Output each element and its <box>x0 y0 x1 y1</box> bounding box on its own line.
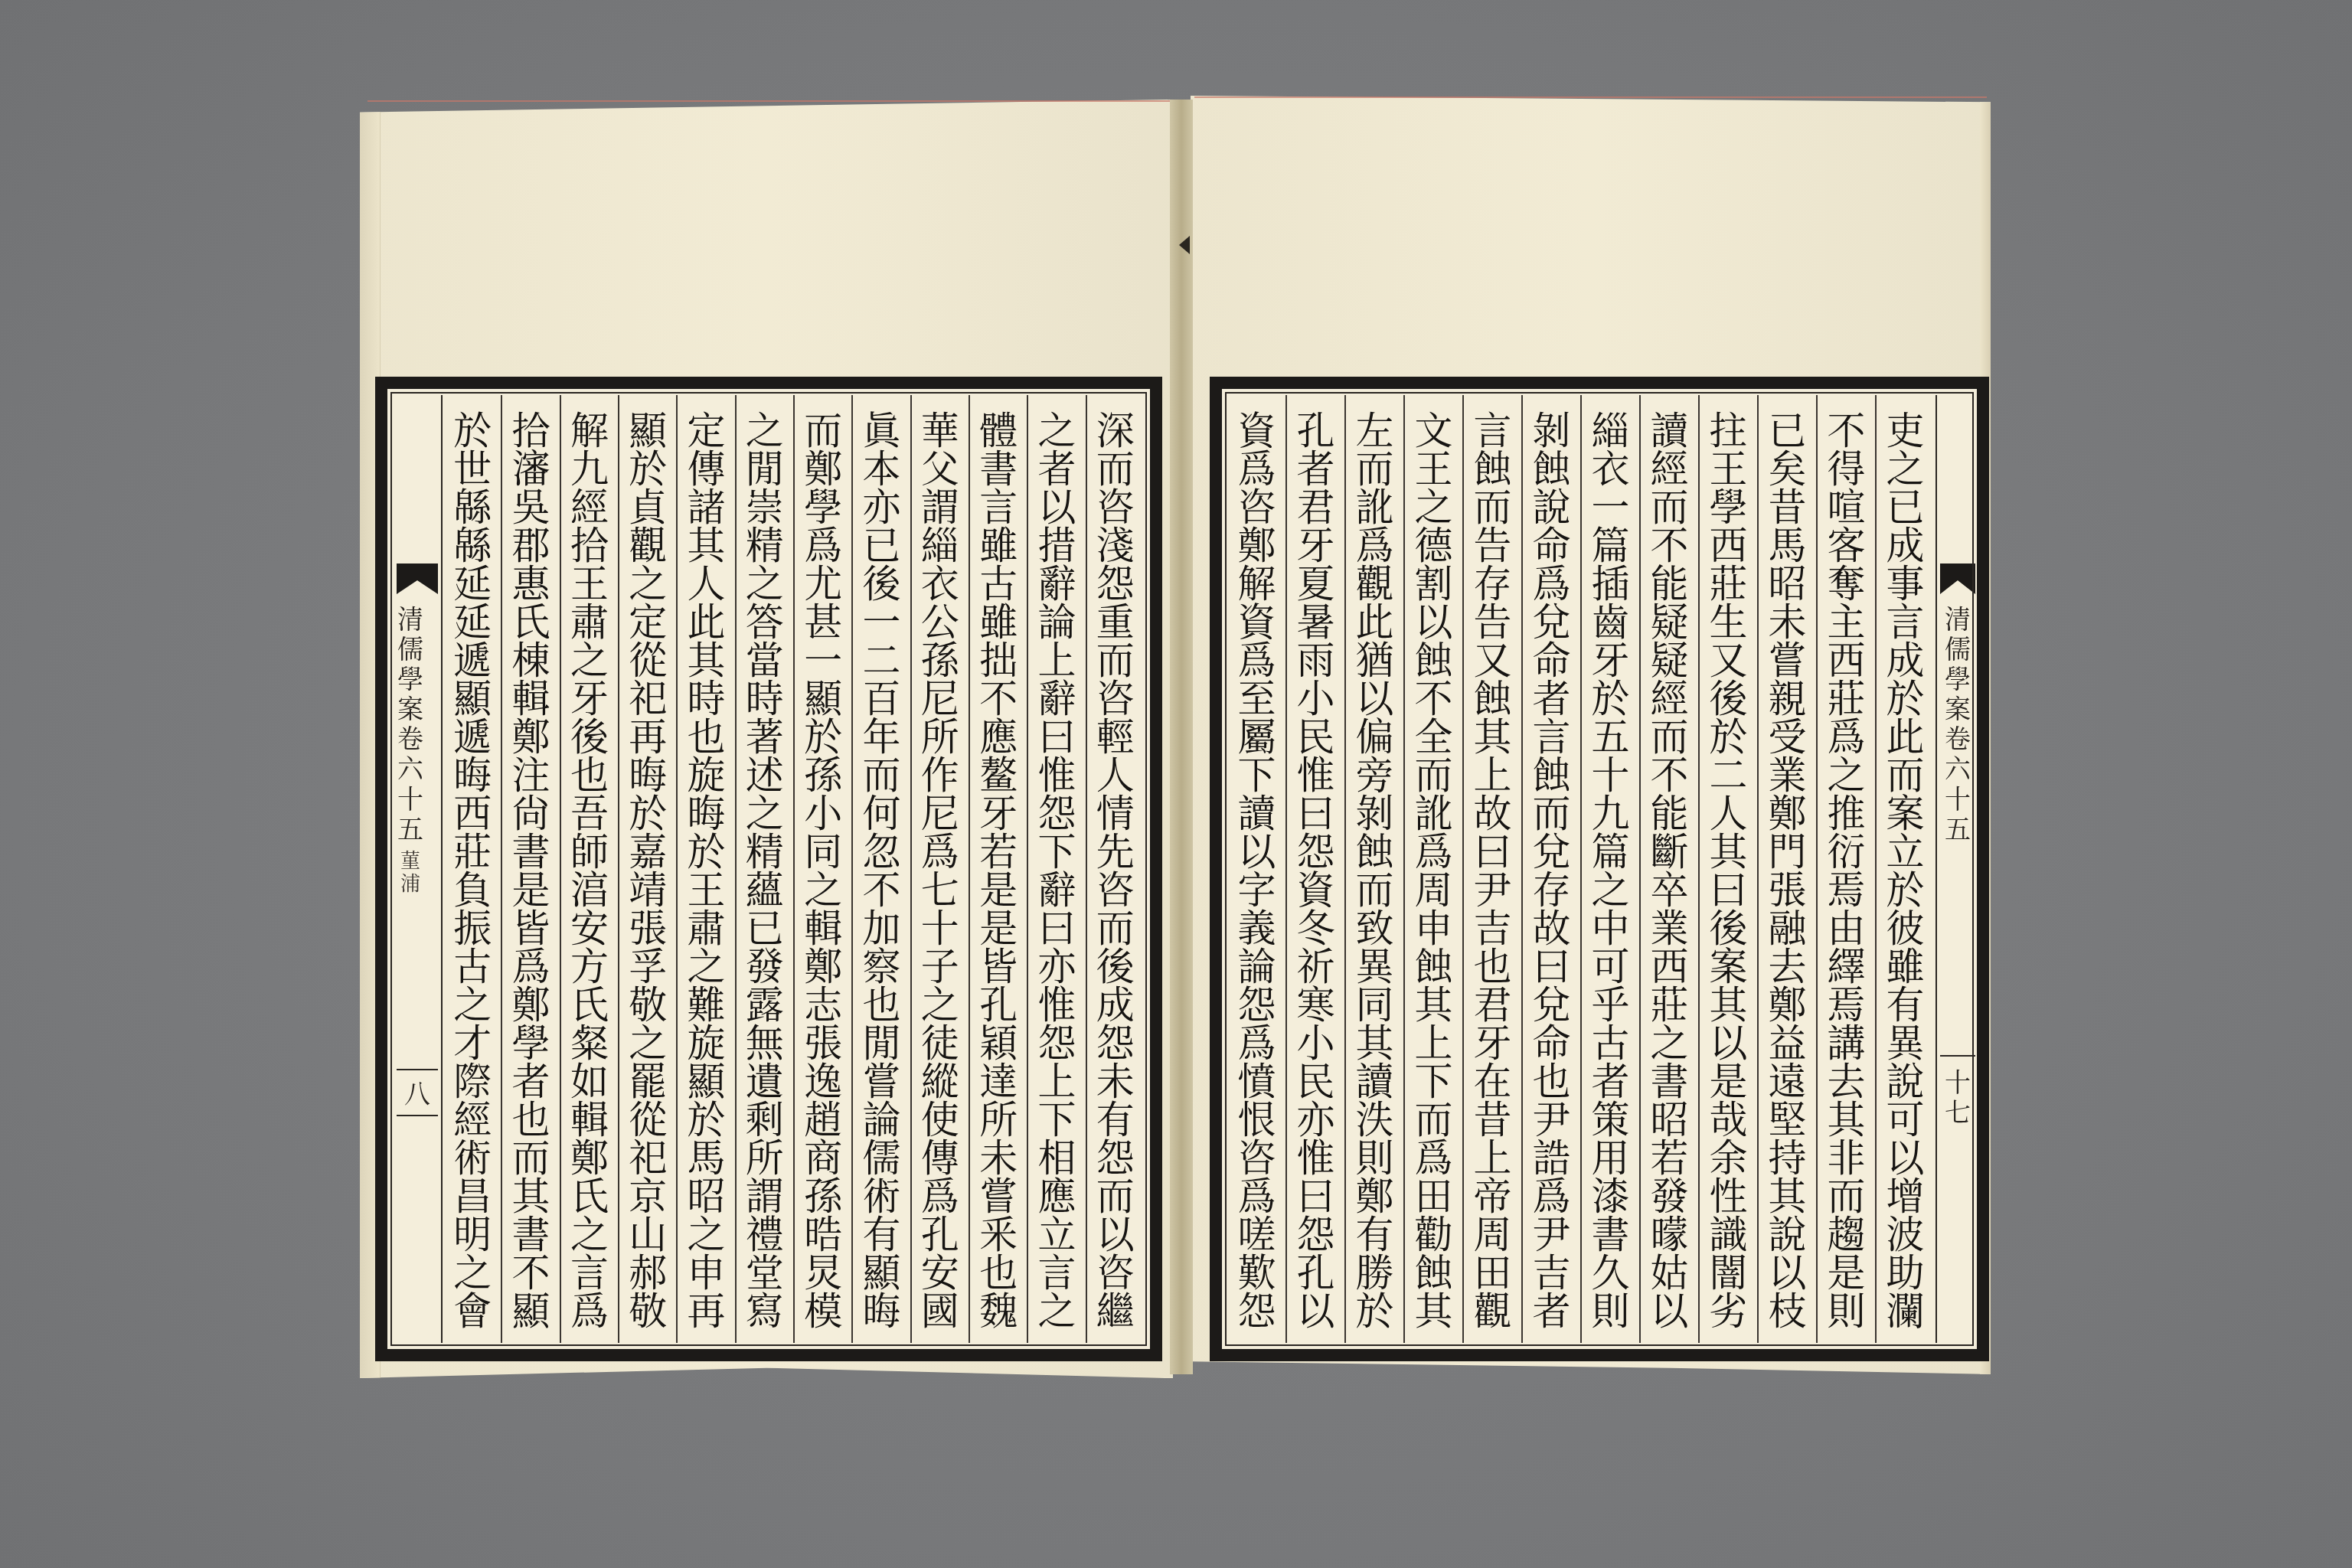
character: 以 <box>1706 1024 1752 1063</box>
character: 則 <box>1352 1139 1398 1178</box>
character: 作 <box>917 756 963 795</box>
character: 辭 <box>1034 871 1080 910</box>
character: 存 <box>1529 871 1575 910</box>
character: 曰 <box>1034 910 1080 948</box>
character: 事 <box>1883 565 1929 603</box>
character: 昭 <box>1647 1101 1693 1139</box>
character: 而 <box>508 1139 554 1178</box>
character: 是 <box>1706 1063 1752 1101</box>
character: 若 <box>975 833 1021 871</box>
character: 再 <box>625 718 671 756</box>
character: 由 <box>1824 910 1870 948</box>
character: 遠 <box>1765 1063 1811 1101</box>
text-column: 顯於貞觀之定從祀再晦於嘉靖張孚敬之罷從祀京山郝敬 <box>618 395 676 1343</box>
character: 立 <box>1034 1216 1080 1254</box>
character: 晧 <box>800 1216 846 1254</box>
character: 逸 <box>800 1063 846 1101</box>
character: 於 <box>1352 1292 1398 1331</box>
character: 不 <box>1647 756 1693 795</box>
text-column: 之者以措辭論上辭曰惟怨下辭曰亦惟怨上下相應立言之 <box>1027 395 1085 1343</box>
character: 焉 <box>1824 871 1870 910</box>
character: 顯 <box>859 1254 905 1292</box>
character: 篇 <box>1588 833 1634 871</box>
banxin-character: 案 <box>1945 695 1971 725</box>
left-banxin-title: 清儒學案卷六十五 <box>394 606 441 845</box>
character: 晦 <box>859 1292 905 1331</box>
character: 雨 <box>1293 642 1339 680</box>
character: 莊 <box>1706 565 1752 603</box>
character: 輕 <box>1093 718 1138 756</box>
character: 爲 <box>1411 833 1457 871</box>
character: 而 <box>1647 718 1693 756</box>
text-column: 不得喧客奪主西莊爲之推衍焉由繹焉講去其非而趨是則 <box>1816 395 1875 1343</box>
character: 顯 <box>508 1292 554 1331</box>
character: 下 <box>1034 833 1080 871</box>
banxin-character: 菫 <box>400 851 420 874</box>
character: 牙 <box>975 795 1021 833</box>
character: 劣 <box>1706 1292 1752 1331</box>
character: 一 <box>800 642 846 680</box>
character: 孔 <box>917 1216 963 1254</box>
banxin-character: 五 <box>1945 815 1971 845</box>
character: 德 <box>1411 527 1457 565</box>
character: 曰 <box>1470 833 1516 871</box>
character: 可 <box>1588 948 1634 986</box>
character: 鄭 <box>1765 986 1811 1024</box>
character: 益 <box>1765 1024 1811 1063</box>
character: 之 <box>917 986 963 1024</box>
character: 曚 <box>1647 1216 1693 1254</box>
character: 斷 <box>1647 833 1693 871</box>
character: 屬 <box>1234 718 1280 756</box>
character: 察 <box>859 948 905 986</box>
character: 成 <box>1883 527 1929 565</box>
character: 延 <box>449 603 495 642</box>
character: 下 <box>1234 756 1280 795</box>
left-banxin-author: 菫浦 <box>394 851 441 897</box>
character: 客 <box>1824 527 1870 565</box>
character: 趨 <box>1824 1216 1870 1254</box>
banxin-character: 十 <box>397 786 423 815</box>
character: 京 <box>625 1178 671 1216</box>
character: 寒 <box>1293 986 1339 1024</box>
character: 蝕 <box>1352 833 1398 871</box>
character: 有 <box>1093 1101 1138 1139</box>
character: 怨 <box>1034 1024 1080 1063</box>
banxin-character: 學 <box>1945 665 1971 695</box>
character: 是 <box>1824 1254 1870 1292</box>
character: 緇 <box>917 527 963 565</box>
character: 誥 <box>1529 1139 1575 1178</box>
character: 有 <box>859 1216 905 1254</box>
banxin-character: 學 <box>397 665 423 695</box>
character: 而 <box>859 756 905 795</box>
character: 閒 <box>859 1024 905 1063</box>
character: 旁 <box>1352 756 1398 795</box>
character: 猶 <box>1352 642 1398 680</box>
character: 不 <box>859 871 905 910</box>
character: 未 <box>1093 1063 1138 1101</box>
character: 讀 <box>1352 1063 1398 1101</box>
character: 之 <box>742 795 788 833</box>
character: 從 <box>625 1101 671 1139</box>
character: 人 <box>684 565 730 603</box>
character: 申 <box>684 1254 730 1292</box>
character: 蝕 <box>1411 948 1457 986</box>
character: 謂 <box>742 1178 788 1216</box>
banxin-character: 十 <box>1945 786 1971 815</box>
character: 王 <box>567 565 612 603</box>
character: 寫 <box>742 1292 788 1331</box>
character: 西 <box>449 795 495 833</box>
character: 以 <box>1352 680 1398 718</box>
character: 瀾 <box>1883 1292 1929 1331</box>
character: 深 <box>1093 412 1138 450</box>
character: 謂 <box>917 488 963 527</box>
character: 體 <box>975 412 1021 450</box>
banxin-divider <box>397 1069 438 1070</box>
character: 雖 <box>1883 948 1929 986</box>
character: 插 <box>1588 565 1634 603</box>
character: 說 <box>1529 488 1575 527</box>
character: 論 <box>1034 603 1080 642</box>
character: 而 <box>1093 642 1138 680</box>
character: 其 <box>1470 718 1516 756</box>
character: 明 <box>449 1216 495 1254</box>
character: 輯 <box>508 680 554 718</box>
character: 經 <box>1647 680 1693 718</box>
character: 惟 <box>1293 1139 1339 1178</box>
character: 於 <box>1883 871 1929 910</box>
character: 時 <box>684 680 730 718</box>
character: 靖 <box>625 871 671 910</box>
character: 書 <box>975 450 1021 488</box>
character: 此 <box>684 603 730 642</box>
character: 閒 <box>742 450 788 488</box>
character: 篇 <box>1588 527 1634 565</box>
text-column: 體書言雖古雖拙不應鳌牙若是是皆孔穎達所未嘗釆也魏 <box>969 395 1027 1343</box>
character: 延 <box>449 565 495 603</box>
character: 其 <box>1411 1292 1457 1331</box>
character: 疑 <box>1647 603 1693 642</box>
character: 爲 <box>1234 1178 1280 1216</box>
character: 蝕 <box>1411 642 1457 680</box>
character: 闇 <box>1706 1254 1752 1292</box>
character: 已 <box>1765 412 1811 450</box>
right-page-top-edge <box>1194 96 1987 98</box>
banxin-character: 儒 <box>1945 635 1971 665</box>
character: 公 <box>917 603 963 642</box>
character: 兌 <box>1529 833 1575 871</box>
left-print-frame: 清儒學案卷六十五 菫浦 八 深而咨淺怨重而咨輕人情先咨而後成怨未有怨而以咨繼之者… <box>375 377 1162 1361</box>
character: 則 <box>1588 1292 1634 1331</box>
character: 勸 <box>1411 1216 1457 1254</box>
character: 蝕 <box>1470 450 1516 488</box>
character: 爲 <box>567 1292 612 1331</box>
character: 縱 <box>917 1063 963 1101</box>
character: 人 <box>1093 756 1138 795</box>
character: 故 <box>1470 795 1516 833</box>
character: 之 <box>625 1024 671 1063</box>
character: 之 <box>1034 1292 1080 1331</box>
character: 昔 <box>1765 488 1811 527</box>
character: 中 <box>1588 910 1634 948</box>
character: 哉 <box>1706 1101 1752 1139</box>
character: 也 <box>1470 948 1516 986</box>
character: 助 <box>1883 1254 1929 1292</box>
character: 旋 <box>684 1024 730 1063</box>
character: 上 <box>1034 642 1080 680</box>
character: 怨 <box>1093 1139 1138 1178</box>
character: 雖 <box>975 527 1021 565</box>
character: 傳 <box>684 450 730 488</box>
character: 去 <box>1765 948 1811 986</box>
character: 術 <box>859 1178 905 1216</box>
character: 推 <box>1824 795 1870 833</box>
character: 者 <box>1588 1063 1634 1101</box>
character: 言 <box>1883 603 1929 642</box>
character: 肅 <box>684 910 730 948</box>
text-column: 之閒崇精之答當時著述之精蘊已發露無遺剩所謂禮堂寫 <box>735 395 793 1343</box>
character: 蝕 <box>1529 450 1575 488</box>
character: 惠 <box>508 565 554 603</box>
character: 泆 <box>1352 1101 1398 1139</box>
character: 晦 <box>625 756 671 795</box>
character: 齒 <box>1588 603 1634 642</box>
character: 緜 <box>449 527 495 565</box>
character: 書 <box>508 833 554 871</box>
character: 皆 <box>508 910 554 948</box>
character: 周 <box>1470 1216 1516 1254</box>
character: 遞 <box>449 642 495 680</box>
character: 於 <box>625 795 671 833</box>
banxin-character: 七 <box>1945 1099 1971 1129</box>
character: 皆 <box>975 948 1021 986</box>
character: 去 <box>1824 1063 1870 1101</box>
left-page-top-edge <box>367 100 1171 102</box>
character: 咨 <box>1093 680 1138 718</box>
character: 之 <box>1588 871 1634 910</box>
character: 旋 <box>684 756 730 795</box>
character: 民 <box>1293 718 1339 756</box>
character: 所 <box>742 1139 788 1178</box>
right-page-number: 十七 <box>1937 1069 1978 1129</box>
character: 咨 <box>1093 1254 1138 1292</box>
character: 達 <box>975 1063 1021 1101</box>
character: 同 <box>1352 986 1398 1024</box>
character: 輯 <box>800 910 846 948</box>
character: 訛 <box>1411 795 1457 833</box>
character: 敬 <box>625 986 671 1024</box>
character: 波 <box>1883 1216 1929 1254</box>
character: 異 <box>1883 1024 1929 1063</box>
character: 湻 <box>567 871 612 910</box>
character: 枝 <box>1765 1292 1811 1331</box>
character: 於 <box>684 833 730 871</box>
character: 西 <box>1647 948 1693 986</box>
character: 後 <box>1706 680 1752 718</box>
character: 以 <box>1034 488 1080 527</box>
character: 學 <box>508 1024 554 1063</box>
character: 年 <box>859 718 905 756</box>
text-column: 拄王學西莊生又後於二人其曰後案其以是哉余性識闇劣 <box>1698 395 1757 1343</box>
text-column: 言蝕而告存告又蝕其上故曰尹吉也君牙在昔上帝周田觀 <box>1462 395 1521 1343</box>
character: 辭 <box>1034 565 1080 603</box>
character: 鄭 <box>567 1139 612 1178</box>
character: 全 <box>1411 718 1457 756</box>
character: 孫 <box>917 642 963 680</box>
character: 不 <box>1824 412 1870 450</box>
text-column: 孔者君牙夏暑雨小民惟曰怨資冬祈寒小民亦惟曰怨孔以 <box>1285 395 1344 1343</box>
character: 左 <box>1352 412 1398 450</box>
character: 解 <box>1234 565 1280 603</box>
character: 粲 <box>567 1024 612 1063</box>
character: 異 <box>1352 948 1398 986</box>
character: 之 <box>1647 1024 1693 1063</box>
character: 爲 <box>1529 1178 1575 1216</box>
character: 之 <box>684 1216 730 1254</box>
character: 鄭 <box>1234 527 1280 565</box>
character: 爲 <box>917 1178 963 1216</box>
character: 繼 <box>1093 1292 1138 1331</box>
character: 小 <box>1293 1024 1339 1063</box>
text-column: 已矣昔馬昭未嘗親受業鄭門張融去鄭益遠堅持其說以枝 <box>1757 395 1816 1343</box>
text-column: 剝蝕說命爲兌命者言蝕而兌存故曰兌命也尹誥爲尹吉者 <box>1521 395 1580 1343</box>
character: 於 <box>1706 718 1752 756</box>
character: 際 <box>449 1063 495 1101</box>
character: 華 <box>917 412 963 450</box>
character: 申 <box>1411 910 1457 948</box>
character: 鄭 <box>508 986 554 1024</box>
text-column: 定傳諸其人此其時也旋晦於王肅之難旋顯於馬昭之申再 <box>676 395 734 1343</box>
character: 卒 <box>1647 871 1693 910</box>
character: 致 <box>1352 910 1398 948</box>
character: 衣 <box>917 565 963 603</box>
character: 緇 <box>1588 412 1634 450</box>
character: 性 <box>1706 1178 1752 1216</box>
character: 冬 <box>1293 910 1339 948</box>
character: 於 <box>449 412 495 450</box>
character: 又 <box>1706 642 1752 680</box>
character: 而 <box>1470 488 1516 527</box>
character: 以 <box>1411 603 1457 642</box>
character: 孔 <box>1293 412 1339 450</box>
character: 吉 <box>1529 1254 1575 1292</box>
character: 也 <box>684 718 730 756</box>
character: 不 <box>508 1254 554 1292</box>
character: 而 <box>1352 871 1398 910</box>
character: 持 <box>1765 1139 1811 1178</box>
character: 趙 <box>800 1101 846 1139</box>
character: 本 <box>859 450 905 488</box>
character: 怨 <box>1234 1292 1280 1331</box>
text-column: 拾瀋吳郡惠氏棟輯鄭注尙書是皆爲鄭學者也而其書不顯 <box>501 395 559 1343</box>
character: 露 <box>742 986 788 1024</box>
character: 已 <box>742 910 788 948</box>
character: 命 <box>1529 642 1575 680</box>
character: 此 <box>1352 603 1398 642</box>
character: 五 <box>1588 718 1634 756</box>
character: 罷 <box>625 1063 671 1101</box>
character: 古 <box>449 948 495 986</box>
character: 乎 <box>1588 986 1634 1024</box>
character: 昔 <box>1470 1101 1516 1139</box>
character: 定 <box>684 412 730 450</box>
banxin-character: 六 <box>397 755 423 785</box>
character: 君 <box>1293 488 1339 527</box>
character: 十 <box>1588 756 1634 795</box>
character: 緜 <box>449 488 495 527</box>
character: 亦 <box>859 488 905 527</box>
character: 觀 <box>1470 1292 1516 1331</box>
character: 爲 <box>1234 1024 1280 1063</box>
character: 當 <box>742 642 788 680</box>
character: 言 <box>1470 412 1516 450</box>
character: 之 <box>800 871 846 910</box>
character: 二 <box>1706 756 1752 795</box>
character: 說 <box>1765 1216 1811 1254</box>
character: 穎 <box>975 1024 1021 1063</box>
character: 以 <box>1883 1139 1929 1178</box>
character: 安 <box>567 910 612 948</box>
character: 言 <box>1034 1254 1080 1292</box>
character: 而 <box>1411 756 1457 795</box>
banxin-character: 卷 <box>1945 725 1971 755</box>
character: 之 <box>742 412 788 450</box>
character: 國 <box>917 1292 963 1331</box>
character: 後 <box>1093 948 1138 986</box>
character: 堂 <box>742 1254 788 1292</box>
character: 爲 <box>1234 450 1280 488</box>
character: 案 <box>1883 795 1929 833</box>
character: 尙 <box>508 795 554 833</box>
text-column: 解九經拾王肅之牙後也吾師湻安方氏粲如輯鄭氏之言爲 <box>560 395 618 1343</box>
fishtail-mark-icon <box>397 563 438 594</box>
character: 論 <box>1234 948 1280 986</box>
character: 西 <box>1824 642 1870 680</box>
character: 貞 <box>625 488 671 527</box>
character: 而 <box>1529 795 1575 833</box>
character: 得 <box>1824 450 1870 488</box>
character: 顯 <box>625 412 671 450</box>
character: 馬 <box>684 1139 730 1178</box>
character: 惟 <box>1034 986 1080 1024</box>
text-column: 於世緜緜延延遞顯遞晦西莊負振古之才際經術昌明之會 <box>444 395 501 1343</box>
character: 先 <box>1093 833 1138 871</box>
character: 主 <box>1824 603 1870 642</box>
character: 堅 <box>1765 1101 1811 1139</box>
character: 也 <box>1529 1063 1575 1101</box>
character: 子 <box>917 948 963 986</box>
character: 商 <box>800 1139 846 1178</box>
character: 精 <box>742 527 788 565</box>
character: 說 <box>1883 1063 1929 1101</box>
character: 所 <box>975 1101 1021 1139</box>
character: 其 <box>1352 1024 1398 1063</box>
character: 爲 <box>1234 642 1280 680</box>
character: 其 <box>684 527 730 565</box>
character: 策 <box>1588 1101 1634 1139</box>
right-text-columns: 吏之已成事言成於此而案立於彼雖有異說可以增波助瀾不得喧客奪主西莊爲之推衍焉由繹焉… <box>1228 395 1934 1343</box>
character: 文 <box>1411 412 1457 450</box>
character: 莊 <box>1647 986 1693 1024</box>
character: 也 <box>859 986 905 1024</box>
character: 十 <box>917 910 963 948</box>
character: 師 <box>567 833 612 871</box>
character: 成 <box>1093 986 1138 1024</box>
character: 而 <box>800 412 846 450</box>
character: 書 <box>1588 1216 1634 1254</box>
